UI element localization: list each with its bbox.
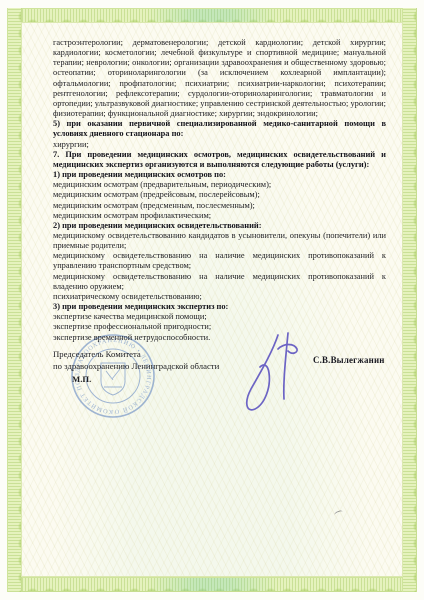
paragraph: медицинским осмотрам профилактическим; xyxy=(53,211,386,221)
seal-place-mark: М.П. xyxy=(53,373,253,385)
paragraph: экспертизе качества медицинской помощи; xyxy=(53,312,386,322)
paragraph: медицинским осмотрам (предрейсовым, посл… xyxy=(53,190,386,200)
signatory-title-line1: Председатель Комитета xyxy=(53,348,253,360)
border-band-left xyxy=(7,8,22,592)
border-band-bottom xyxy=(7,577,417,592)
paragraph: медицинским осмотрам (предсменным, после… xyxy=(53,201,386,211)
paragraph: медицинскому освидетельствованию на нали… xyxy=(53,251,386,271)
paragraph: психиатрическому освидетельствованию; xyxy=(53,292,386,302)
signer-name: С.В.Вылегжанин xyxy=(313,355,385,365)
document-sheet: КОМИТЕТ ПО ЗДРАВООХРАНЕНИЮ • ЛЕНИНГРАДСК… xyxy=(21,22,403,577)
paragraph: медицинскому освидетельствованию на нали… xyxy=(53,272,386,292)
handwritten-signature xyxy=(238,329,308,425)
paragraph: медицинским осмотрам (предварительным, п… xyxy=(53,180,386,190)
paragraph: медицинскому освидетельствованию кандида… xyxy=(53,231,386,251)
document-body: гастроэнтерологии; дерматовенерологии; д… xyxy=(53,38,386,343)
license-document-page: КОМИТЕТ ПО ЗДРАВООХРАНЕНИЮ • ЛЕНИНГРАДСК… xyxy=(0,0,424,600)
scan-artifact xyxy=(333,510,343,518)
signatory-title-block: Председатель Комитета по здравоохранению… xyxy=(53,348,253,385)
paragraph: гастроэнтерологии; дерматовенерологии; д… xyxy=(53,38,386,119)
border-band-top xyxy=(7,8,417,23)
paragraph: 1) при проведении медицинских осмотров п… xyxy=(53,170,386,180)
paragraph: экспертизе временной нетрудоспособности. xyxy=(53,333,386,343)
paragraph: 2) при проведении медицинских освидетель… xyxy=(53,221,386,231)
paragraph: 5) при оказании первичной специализирова… xyxy=(53,119,386,139)
paragraph: 3) при проведении медицинских экспертиз … xyxy=(53,302,386,312)
signatory-title-line2: по здравоохранению Ленинградской области xyxy=(53,360,253,372)
paragraph: 7. При проведении медицинских осмотров, … xyxy=(53,150,386,170)
paragraph: хирургии; xyxy=(53,140,386,150)
border-band-right xyxy=(402,8,417,592)
paragraph: экспертизе профессиональной пригодности; xyxy=(53,322,386,332)
